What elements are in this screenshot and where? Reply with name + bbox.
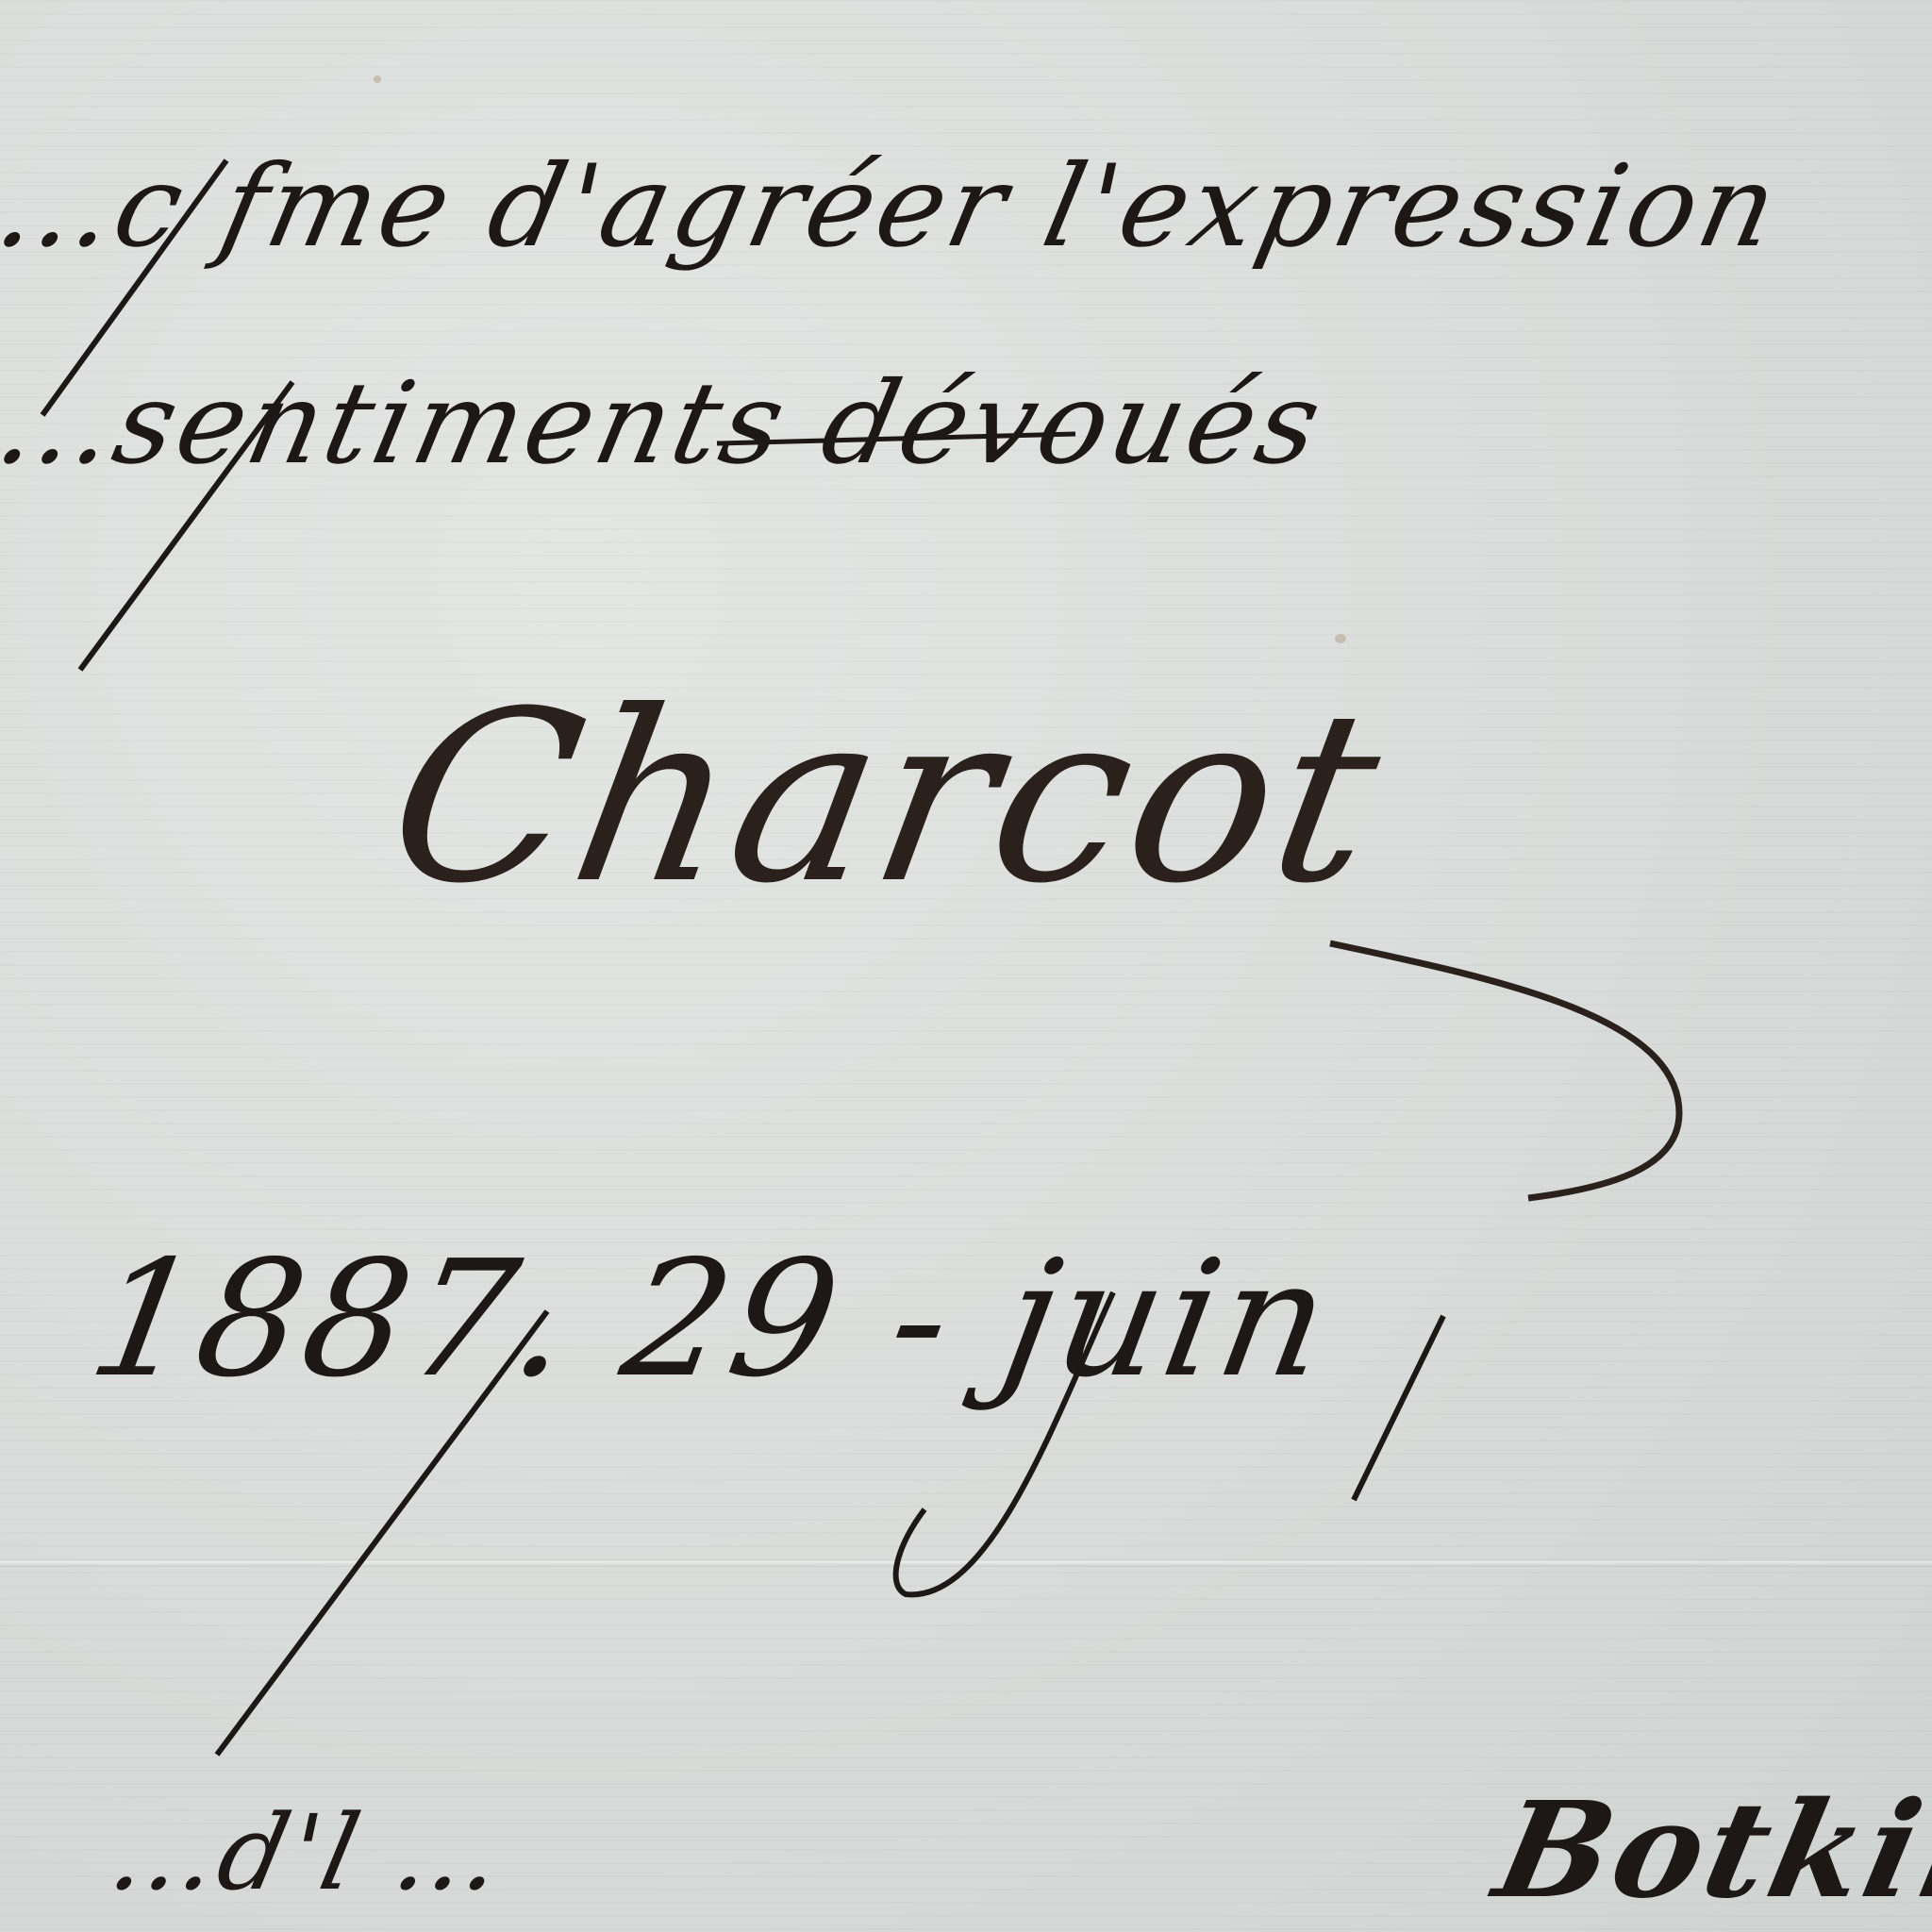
ink-flourishes: [0, 0, 1932, 1932]
letter-page: …c fme d'agréer l'expression …sentiments…: [0, 0, 1932, 1932]
